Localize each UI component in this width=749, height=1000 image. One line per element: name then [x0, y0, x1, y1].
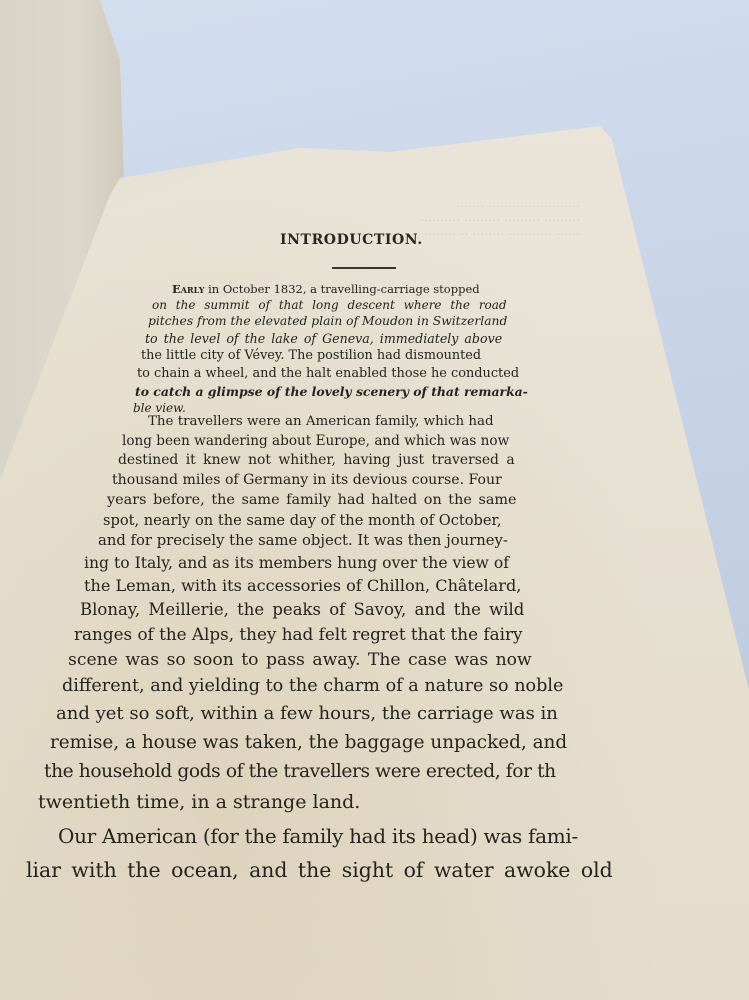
title-rule	[332, 267, 396, 269]
text-line: to the level of the lake of Geneva, imme…	[145, 331, 502, 346]
text-line: remise, a house was taken, the baggage u…	[50, 732, 567, 753]
text-line: to chain a wheel, and the halt enabled t…	[137, 366, 519, 381]
text-line: ing to Italy, and as its members hung ov…	[84, 554, 509, 572]
text-line: ranges of the Alps, they had felt regret…	[74, 624, 522, 644]
text-line: to catch a glimpse of the lovely scenery…	[135, 384, 528, 399]
text-line: liar with the ocean, and the sight of wa…	[26, 858, 613, 882]
text-line: Early in October 1832, a travelling-carr…	[172, 282, 480, 296]
text-line: pitches from the elevated plain of Moudo…	[148, 314, 507, 328]
text-line: on the summit of that long descent where…	[152, 298, 507, 312]
chapter-title: INTRODUCTION.	[280, 232, 423, 248]
text-line: scene was so soon to pass away. The case…	[68, 650, 532, 670]
text-line: the household gods of the travellers wer…	[44, 761, 556, 782]
text-line: and for precisely the same object. It wa…	[98, 532, 508, 549]
text-line: destined it knew not whither, having jus…	[118, 452, 515, 468]
text-line: the little city of Vévey. The postilion …	[141, 348, 481, 363]
line-text: in October 1832, a travelling-carriage s…	[204, 282, 479, 296]
text-line: and yet so soft, within a few hours, the…	[56, 703, 558, 724]
text-line: the Leman, with its accessories of Chill…	[84, 576, 521, 595]
text-line: twentieth time, in a strange land.	[38, 791, 360, 813]
text-line: years before, the same family had halted…	[107, 492, 517, 508]
text-line: long been wandering about Europe, and wh…	[122, 433, 509, 449]
text-line: thousand miles of Germany in its devious…	[112, 472, 502, 488]
text-line: different, and yielding to the charm of …	[62, 676, 563, 696]
text-line: ble view.	[133, 401, 186, 415]
text-line: The travellers were an American family, …	[148, 414, 494, 429]
text-line: spot, nearly on the same day of the mont…	[103, 512, 502, 529]
text-line: Our American (for the family had its hea…	[58, 824, 578, 848]
text-line: Blonay, Meillerie, the peaks of Savoy, a…	[80, 600, 524, 619]
drop-lead: Early	[172, 282, 204, 296]
